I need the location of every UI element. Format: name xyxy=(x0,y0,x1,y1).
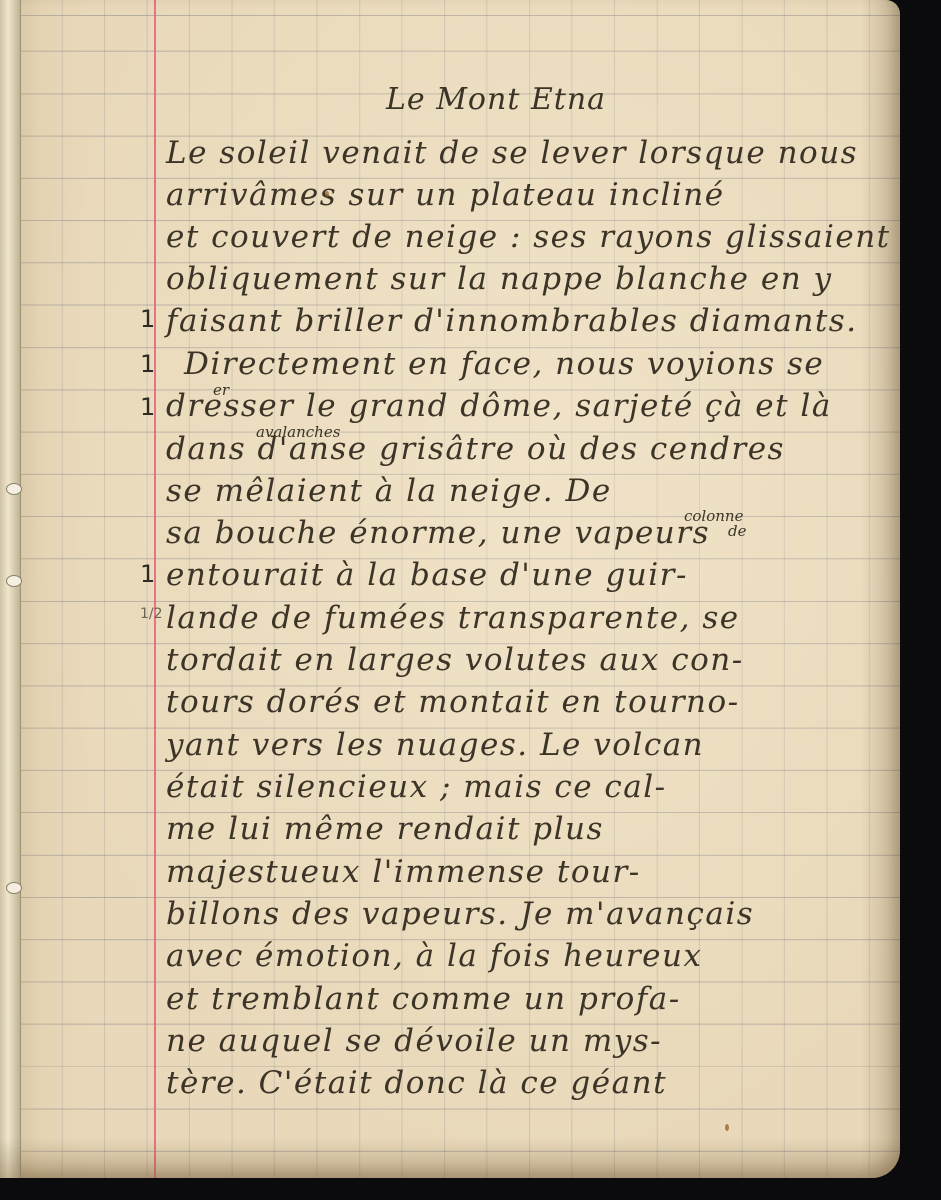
correction-note: de xyxy=(728,522,746,540)
text-line: billons des vapeurs. Je m'avançais xyxy=(166,896,754,932)
text-line: lande de fumées transparente, se xyxy=(166,600,740,636)
text-line: Directement en face, nous voyions se xyxy=(184,346,824,382)
text-line: yant vers les nuages. Le volcan xyxy=(166,727,704,763)
binding-stitch xyxy=(6,483,22,495)
red-margin-line xyxy=(154,0,156,1178)
text-line: et couvert de neige : ses rayons glissai… xyxy=(166,219,891,255)
margin-tally-mark: 1 xyxy=(140,350,155,378)
text-line: Le soleil venait de se lever lorsque nou… xyxy=(166,135,858,171)
text-line: sa bouche énorme, une vapeurs xyxy=(166,515,710,551)
notebook-spine xyxy=(0,0,21,1178)
text-line: était silencieux ; mais ce cal- xyxy=(166,769,667,805)
text-line: tère. C'était donc là ce géant xyxy=(166,1065,667,1101)
text-line: ne auquel se dévoile un mys- xyxy=(166,1023,662,1059)
margin-tally-mark: 1 xyxy=(140,393,155,421)
margin-tally-mark: 1 xyxy=(140,305,155,333)
text-line: se mêlaient à la neige. De xyxy=(166,473,612,509)
binding-stitch xyxy=(6,882,22,894)
text-line: arrivâmes sur un plateau incliné xyxy=(166,177,725,213)
notebook-page: Le Mont Etna Le soleil venait de se leve… xyxy=(0,0,900,1178)
ink-stain xyxy=(325,191,329,197)
page-edge-shadow xyxy=(860,0,900,1178)
correction-note: avalanches xyxy=(256,423,340,441)
page-bottom-shadow xyxy=(0,1138,900,1178)
margin-tally-mark: 1 xyxy=(140,560,155,588)
text-line: faisant briller d'innombrables diamants. xyxy=(166,303,858,339)
ink-stain xyxy=(725,1124,729,1131)
text-line: obliquement sur la nappe blanche en y xyxy=(166,261,833,297)
correction-note: er xyxy=(213,381,229,399)
text-line: majestueux l'immense tour- xyxy=(166,854,641,890)
page-title: Le Mont Etna xyxy=(386,82,606,117)
text-line: entourait à la base d'une guir- xyxy=(166,557,688,593)
text-line: et tremblant comme un profa- xyxy=(166,981,681,1017)
binding-stitch xyxy=(6,575,22,587)
text-line: tordait en larges volutes aux con- xyxy=(166,642,744,678)
text-line: me lui même rendait plus xyxy=(166,811,604,847)
margin-tally-mark: 1/2 xyxy=(140,606,163,622)
text-line: dresser le grand dôme, sarjeté çà et là xyxy=(166,388,832,424)
text-line: tours dorés et montait en tourno- xyxy=(166,684,740,720)
text-line: avec émotion, à la fois heureux xyxy=(166,938,702,974)
